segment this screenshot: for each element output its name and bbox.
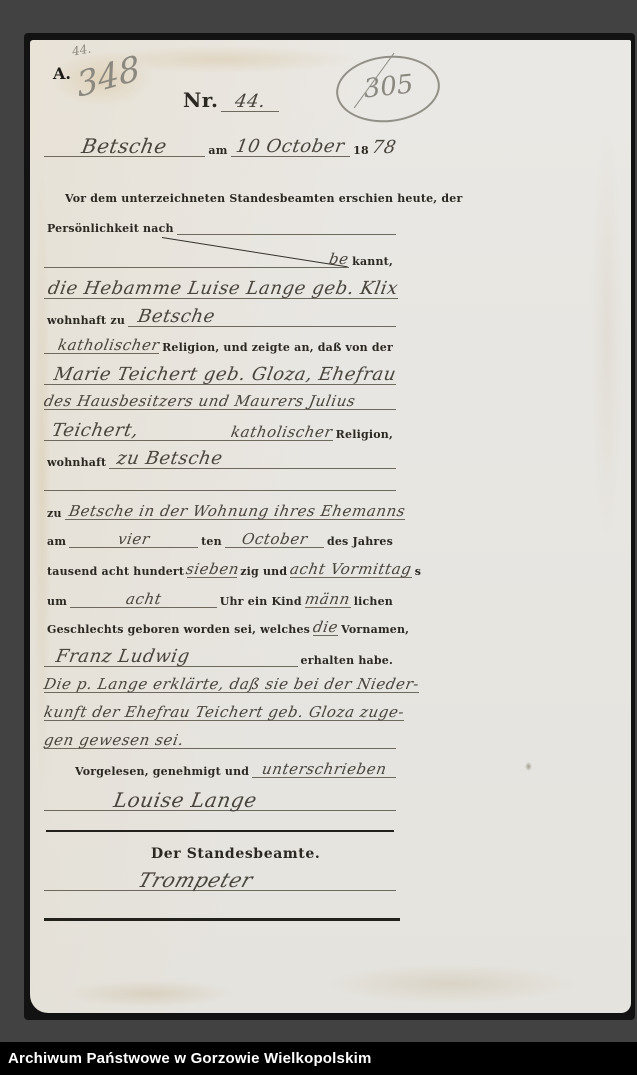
pencil-circle-annotation: 305 <box>333 51 443 128</box>
mother-row-2: des Hausbesitzers und Maurers Julius <box>44 394 396 410</box>
s-label: s <box>412 565 424 578</box>
nr-label: Nr. <box>180 88 221 112</box>
persoenlichkeit-label: Persönlichkeit nach <box>44 222 177 235</box>
declarant-row: die Hebamme Luise Lange geb. Klix <box>44 280 396 299</box>
bekannt-handwriting: be <box>328 252 350 267</box>
mother-line2: des Hausbesitzers und Maurers Julius <box>43 394 357 409</box>
record-number-row: Nr. 44. <box>180 88 300 112</box>
ones-value: acht Vormittag <box>289 562 413 577</box>
mother-line1: Marie Teichert geb. Gloza, Ehefrau <box>52 366 397 384</box>
place-value: Betsche <box>80 136 168 156</box>
pencil-circled-number: 305 <box>363 71 415 102</box>
religion2-label: Religion, <box>333 428 396 441</box>
remark-line2: kunft der Ehefrau Teichert geb. Gloza zu… <box>43 705 406 720</box>
bekannt-row: be kannt, <box>44 252 396 268</box>
scan-background: A. 44. 348 305 Nr. 44. Betsche am 10 Oct… <box>0 0 637 1075</box>
intro-text: Vor dem unterzeichneten Standesbeamten e… <box>62 192 465 205</box>
residence1-value: Betsche <box>136 308 216 326</box>
lichen-label: lichen <box>351 595 396 608</box>
zu-label: zu <box>44 507 65 520</box>
separator-rule-lower <box>44 918 400 921</box>
residence2-row: wohnhaft zu Betsche <box>44 450 396 469</box>
registrar-signature: Trompeter <box>136 870 256 890</box>
paper-stain-spot <box>525 762 532 771</box>
registrar-signature-row: Trompeter <box>44 870 396 891</box>
am2-label: am <box>44 535 69 548</box>
vorgelesen-label: Vorgelesen, genehmigt und <box>72 765 252 778</box>
religion1-row: katholischer Religion, und zeigte an, da… <box>44 338 396 354</box>
blank-rule-row <box>44 476 396 491</box>
hour-value: acht <box>124 592 162 607</box>
zig-und-label: zig und <box>237 565 290 578</box>
religion1-value: katholischer <box>56 338 160 353</box>
mother-row-3: Teichert, katholischer Religion, <box>44 422 396 441</box>
date-value: 10 October <box>235 138 347 156</box>
wohnhaft2-label: wohnhaft <box>44 456 109 469</box>
geschlechts-label: Geschlechts geboren worden sei, welches <box>44 623 313 636</box>
gender-value: männ <box>304 592 352 607</box>
child-name-value: Franz Ludwig <box>54 648 191 666</box>
remark-line3: gen gewesen sei. <box>43 733 186 748</box>
birth-hour-row: um acht Uhr ein Kind männ lichen <box>44 592 396 608</box>
form-corner-letter: A. <box>53 64 71 83</box>
um-label: um <box>44 595 70 608</box>
nr-value: 44. <box>234 93 268 111</box>
year-prefix: 18 <box>350 144 372 157</box>
religion2-value: katholischer <box>230 425 334 440</box>
mother-line3: Teichert, <box>50 422 139 440</box>
separator-rule-upper <box>46 830 394 832</box>
decade-value: sieben <box>184 562 240 577</box>
archive-name: Archiwum Państwowe w Gorzowie Wielkopols… <box>0 1050 372 1067</box>
birth-day-row: am vier ten October des Jahres <box>44 532 396 548</box>
vornamen-label: Vornamen, <box>338 623 412 636</box>
religion1-label: Religion, und zeigte an, daß von der <box>159 341 396 354</box>
declarant-signature-row: Louise Lange <box>44 790 396 811</box>
birthplace-value: Betsche in der Wohnung ihres Ehemanns <box>67 504 406 519</box>
uhr-label: Uhr ein Kind <box>217 595 305 608</box>
place-date-row: Betsche am 10 October 18 78 <box>44 136 396 157</box>
ten-label: ten <box>198 535 225 548</box>
wohnhaft-zu-label: wohnhaft zu <box>44 314 128 327</box>
year-value: 78 <box>370 139 397 157</box>
standesbeamte-label: Der Standesbeamte. <box>148 846 323 862</box>
residence1-row: wohnhaft zu Betsche <box>44 308 396 327</box>
declarant-name: die Hebamme Luise Lange geb. Klix <box>46 280 399 298</box>
birth-year-row: tausend acht hundert sieben zig und acht… <box>44 562 396 578</box>
pencil-page-number-small: 44. <box>71 42 92 57</box>
registry-document-page: A. 44. 348 305 Nr. 44. Betsche am 10 Oct… <box>30 40 631 1013</box>
residence2-value: zu Betsche <box>116 450 225 468</box>
archive-footer-bar: Archiwum Państwowe w Gorzowie Wielkopols… <box>0 1042 637 1075</box>
month-value: October <box>240 532 308 547</box>
persoenlichkeit-row: Persönlichkeit nach <box>44 220 396 235</box>
am-label: am <box>205 144 230 157</box>
remark-line1: Die p. Lange erklärte, daß sie bei der N… <box>43 677 421 692</box>
standesbeamte-row: Der Standesbeamte. <box>148 846 348 862</box>
remark-row-1: Die p. Lange erklärte, daß sie bei der N… <box>44 677 396 693</box>
pencil-page-number-large: 348 <box>75 51 142 103</box>
mother-row-1: Marie Teichert geb. Gloza, Ehefrau <box>44 366 396 385</box>
geschlechts-row: Geschlechts geboren worden sei, welches … <box>44 620 396 636</box>
bekannt-label: kannt, <box>349 255 396 268</box>
intro-row: Vor dem unterzeichneten Standesbeamten e… <box>62 192 414 205</box>
declarant-signature: Louise Lange <box>112 790 259 810</box>
des-jahres-label: des Jahres <box>324 535 396 548</box>
erhalten-label: erhalten habe. <box>298 654 396 667</box>
remark-row-3: gen gewesen sei. <box>44 733 396 749</box>
tausend-label: tausend acht hundert <box>44 565 187 578</box>
child-name-row: Franz Ludwig erhalten habe. <box>44 648 396 667</box>
birthplace-row: zu Betsche in der Wohnung ihres Ehemanns <box>44 504 396 520</box>
vorgelesen-row: Vorgelesen, genehmigt und unterschrieben <box>72 762 396 778</box>
unterschrieben-value: unterschrieben <box>260 762 387 777</box>
day-value: vier <box>116 532 150 547</box>
die-value: die <box>312 620 340 635</box>
remark-row-2: kunft der Ehefrau Teichert geb. Gloza zu… <box>44 705 396 721</box>
